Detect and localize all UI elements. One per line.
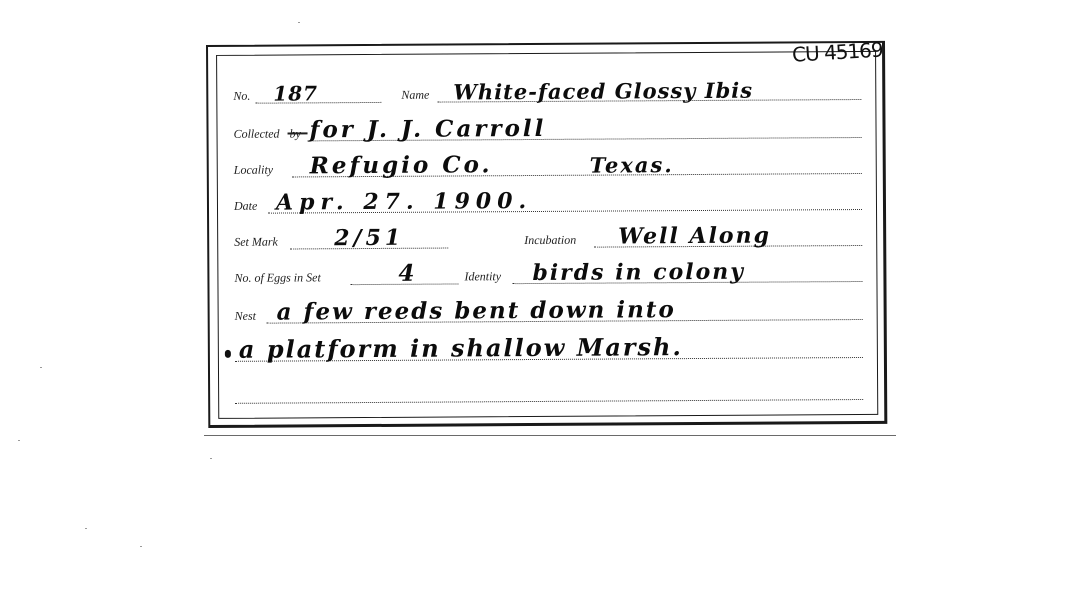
strikethrough-mark [288,132,308,134]
nest-label: Nest [235,309,256,324]
row-date: Date Apr. 27. 1900. [234,182,862,218]
locality-label: Locality [234,163,273,178]
name-label: Name [401,88,429,103]
name-value[interactable]: White-faced Glossy Ibis [453,78,753,105]
row-number-name: No. 187 Name White-faced Glossy Ibis [233,72,861,108]
catalog-number: CU 45169 [792,38,884,67]
specimen-record-card: CU 45169 No. 187 Name White-faced Glossy… [206,41,887,428]
row-nest-1: Nest a few reeds bent down into [235,292,863,328]
locality-state-value[interactable]: Texas. [590,152,674,178]
row-collected: Collected by for J. J. Carroll [233,110,861,146]
scan-speck [85,528,87,529]
row-eggs-identity: No. of Eggs in Set 4 Identity birds in c… [234,254,862,290]
scan-speck [18,440,20,441]
scan-speck [140,546,142,547]
row-nest-2: a platform in shallow Marsh. [235,330,863,366]
nest-value-line-2[interactable]: a platform in shallow Marsh. [239,332,683,364]
eggs-in-set-label: No. of Eggs in Set [234,270,320,286]
date-value[interactable]: Apr. 27. 1900. [276,188,532,216]
number-label: No. [233,89,250,104]
scan-speck [40,367,42,368]
identity-value[interactable]: birds in colony [532,259,745,286]
scan-speck [298,22,300,23]
scan-speck [210,458,212,459]
row-blank [235,372,863,408]
collected-value[interactable]: for J. J. Carroll [309,115,546,143]
date-label: Date [234,199,257,214]
incubation-label: Incubation [524,233,576,248]
set-mark-value[interactable]: 2/51 [334,225,404,251]
scan-edge-line [204,435,896,436]
eggs-in-set-value[interactable]: 4 [398,260,415,287]
incubation-value[interactable]: Well Along [618,223,771,250]
locality-county-value[interactable]: Refugio Co. [310,151,493,179]
set-mark-label: Set Mark [234,235,278,250]
row-setmark-incubation: Set Mark 2/51 Incubation Well Along [234,218,862,254]
hole-punch-mark [225,350,231,358]
identity-label: Identity [464,269,501,284]
collected-label: Collected [234,127,280,142]
card-inner-border: CU 45169 No. 187 Name White-faced Glossy… [216,51,878,419]
number-value[interactable]: 187 [273,81,318,105]
blank-line [235,399,863,404]
row-locality: Locality Refugio Co. Texas. [234,146,862,182]
nest-value-line-1[interactable]: a few reeds bent down into [277,296,676,325]
